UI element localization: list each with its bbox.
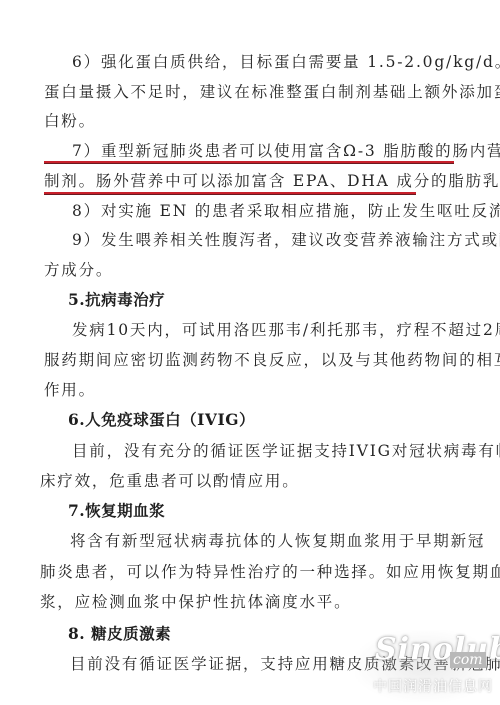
watermark-suffix: com: [450, 652, 486, 668]
item-6-line-1: 6）强化蛋白质供给，目标蛋白需要量 1.5-2.0g/kg/d。当: [72, 52, 500, 72]
section-5-line-3: 作用。: [44, 380, 96, 400]
section-7-heading: 7.恢复期血浆: [68, 501, 165, 521]
section-6-heading: 6.人免疫球蛋白（IVIG）: [68, 410, 255, 430]
section-5-heading: 5.抗病毒治疗: [68, 290, 165, 310]
item-9-line-1: 9）发生喂养相关性腹泻者，建议改变营养液输注方式或配: [72, 230, 500, 250]
watermark: Sinolub com 中国润滑油信息网: [355, 630, 495, 702]
section-7-line-3: 浆，应检测血浆中保护性抗体滴度水平。: [40, 592, 351, 612]
item-7-line-2: 制剂。肠外营养中可以添加富含 EPA、DHA 成分的脂肪乳。: [44, 171, 500, 191]
item-7-line-1: 7）重型新冠肺炎患者可以使用富含Ω-3 脂肪酸的肠内营养: [72, 141, 500, 161]
item-6-line-3: 白粉。: [44, 111, 96, 131]
section-8-heading: 8. 糖皮质激素: [68, 624, 171, 644]
section-5-line-1: 发病10天内，可试用洛匹那韦/利托那韦，疗程不超过2周。: [72, 320, 500, 340]
watermark-caption: 中国润滑油信息网: [373, 676, 493, 696]
section-5-line-2: 服药期间应密切监测药物不良反应，以及与其他药物间的相互: [44, 350, 500, 370]
section-6-line-1: 目前，没有充分的循证医学证据支持IVIG对冠状病毒有临: [72, 441, 500, 461]
section-6-line-2: 床疗效，危重患者可以酌情应用。: [40, 471, 300, 491]
section-7-line-2: 肺炎患者，可以作为特异性治疗的一种选择。如应用恢复期血: [40, 562, 500, 582]
document-page: 6）强化蛋白质供给，目标蛋白需要量 1.5-2.0g/kg/d。当 蛋白量摄入不…: [0, 0, 500, 705]
item-6-line-2: 蛋白量摄入不足时，建议在标准整蛋白制剂基础上额外添加蛋: [44, 82, 500, 102]
red-underline-1: [44, 161, 454, 164]
item-9-line-2: 方成分。: [44, 260, 113, 280]
item-8-line: 8）对实施 EN 的患者采取相应措施，防止发生呕吐反流。: [72, 201, 500, 221]
section-7-line-1: 将含有新型冠状病毒抗体的人恢复期血浆用于早期新冠: [70, 531, 485, 551]
red-underline-2: [44, 192, 416, 195]
